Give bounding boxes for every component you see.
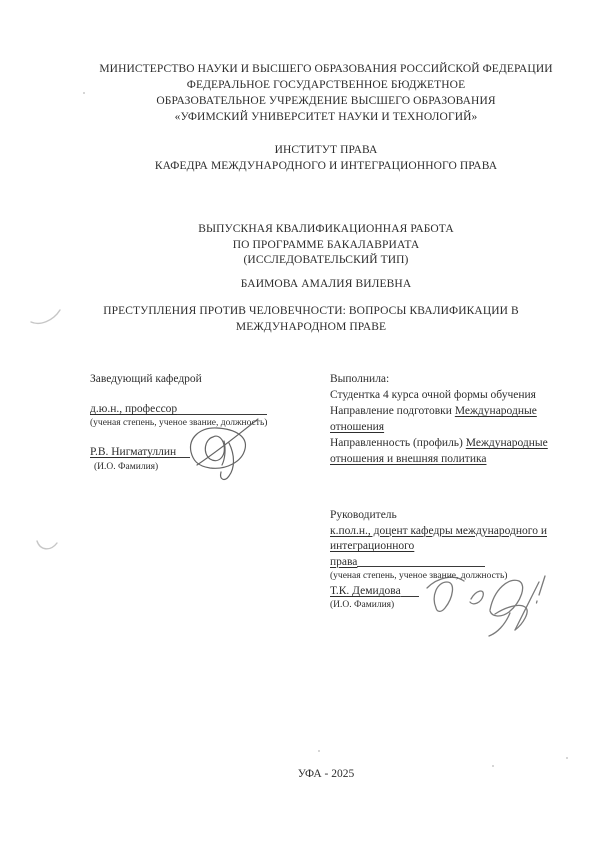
head-of-department-degree: д.ю.н., профессор [90,403,177,415]
department-name: КАФЕДРА МЕЖДУНАРОДНОГО И ИНТЕГРАЦИОННОГО… [70,158,582,174]
ministry-header: МИНИСТЕРСТВО НАУКИ И ВЫСШЕГО ОБРАЗОВАНИЯ… [70,61,582,125]
ministry-line: ФЕДЕРАЛЬНОЕ ГОСУДАРСТВЕННОЕ БЮДЖЕТНОЕ [70,77,582,93]
work-type-line: ПО ПРОГРАММЕ БАКАЛАВРИАТА [70,238,582,254]
degree-caption: (ученая степень, ученое звание, должност… [90,417,267,430]
name-caption: (И.О. Фамилия) [94,461,158,474]
supervisor-name: Т.К. Демидова [330,585,401,597]
work-type-block: ВЫПУСКНАЯ КВАЛИФИКАЦИОННАЯ РАБОТА ПО ПРО… [70,222,582,269]
supervisor-degree-line: права [330,555,586,571]
supervisor-degree-text: интеграционного [330,540,414,552]
student-description: Студентка 4 курса очной формы обучения [330,387,582,403]
supervisor-degree-line: интеграционного [330,539,586,555]
pen-mark-icon [29,305,63,329]
supervisor-degree-text: права [330,556,357,568]
scan-speck [318,750,320,752]
signature-line [176,456,190,458]
thesis-title-page: МИНИСТЕРСТВО НАУКИ И ВЫСШЕГО ОБРАЗОВАНИЯ… [0,0,611,852]
field-label: Направление подготовки [330,405,452,417]
institute-name: ИНСТИТУТ ПРАВА [70,142,582,158]
signature-line [177,413,267,415]
student-block: Выполнила: Студентка 4 курса очной формы… [330,371,582,467]
head-of-department-role: Заведующий кафедрой [90,371,342,387]
institute-block: ИНСТИТУТ ПРАВА КАФЕДРА МЕЖДУНАРОДНОГО И … [70,142,582,174]
signature-line [401,595,419,597]
pen-mark-icon [34,536,60,556]
supervisor-block: Руководитель к.пол.н., доцент кафедры ме… [330,508,586,612]
performed-label: Выполнила: [330,371,582,387]
city-year: УФА - 2025 [70,766,582,782]
work-type-line: (ИССЛЕДОВАТЕЛЬСКИЙ ТИП) [70,253,582,269]
ministry-line: ОБРАЗОВАТЕЛЬНОЕ УЧРЕЖДЕНИЕ ВЫСШЕГО ОБРАЗ… [70,93,582,109]
ministry-line: МИНИСТЕРСТВО НАУКИ И ВЫСШЕГО ОБРАЗОВАНИЯ… [70,61,582,77]
signature-line [357,565,485,567]
profile-row: Направленность (профиль) Международные о… [330,435,582,467]
head-of-department-degree-row: д.ю.н., профессор [90,401,342,417]
supervisor-degree-text: к.пол.н., доцент кафедры международного … [330,525,547,537]
head-of-department-name: Р.В. Нигматуллин [90,446,176,458]
scan-speck [83,92,85,94]
name-caption: (И.О. Фамилия) [330,599,586,612]
field-of-study-row: Направление подготовки Международные отн… [330,403,582,435]
supervisor-name-row: Т.К. Демидова [330,583,586,599]
profile-label: Направленность (профиль) [330,437,463,449]
supervisor-role: Руководитель [330,508,586,524]
head-of-department-name-row: Р.В. Нигматуллин [90,444,190,460]
thesis-title: ПРЕСТУПЛЕНИЯ ПРОТИВ ЧЕЛОВЕЧНОСТИ: ВОПРОС… [76,304,546,335]
scan-speck [566,757,568,759]
degree-caption: (ученая степень, ученое звание, должност… [330,570,586,583]
supervisor-degree-line: к.пол.н., доцент кафедры международного … [330,524,586,540]
work-type-line: ВЫПУСКНАЯ КВАЛИФИКАЦИОННАЯ РАБОТА [70,222,582,238]
university-name: «УФИМСКИЙ УНИВЕРСИТЕТ НАУКИ И ТЕХНОЛОГИЙ… [70,109,582,125]
author-name: БАИМОВА АМАЛИЯ ВИЛЕВНА [70,276,582,292]
